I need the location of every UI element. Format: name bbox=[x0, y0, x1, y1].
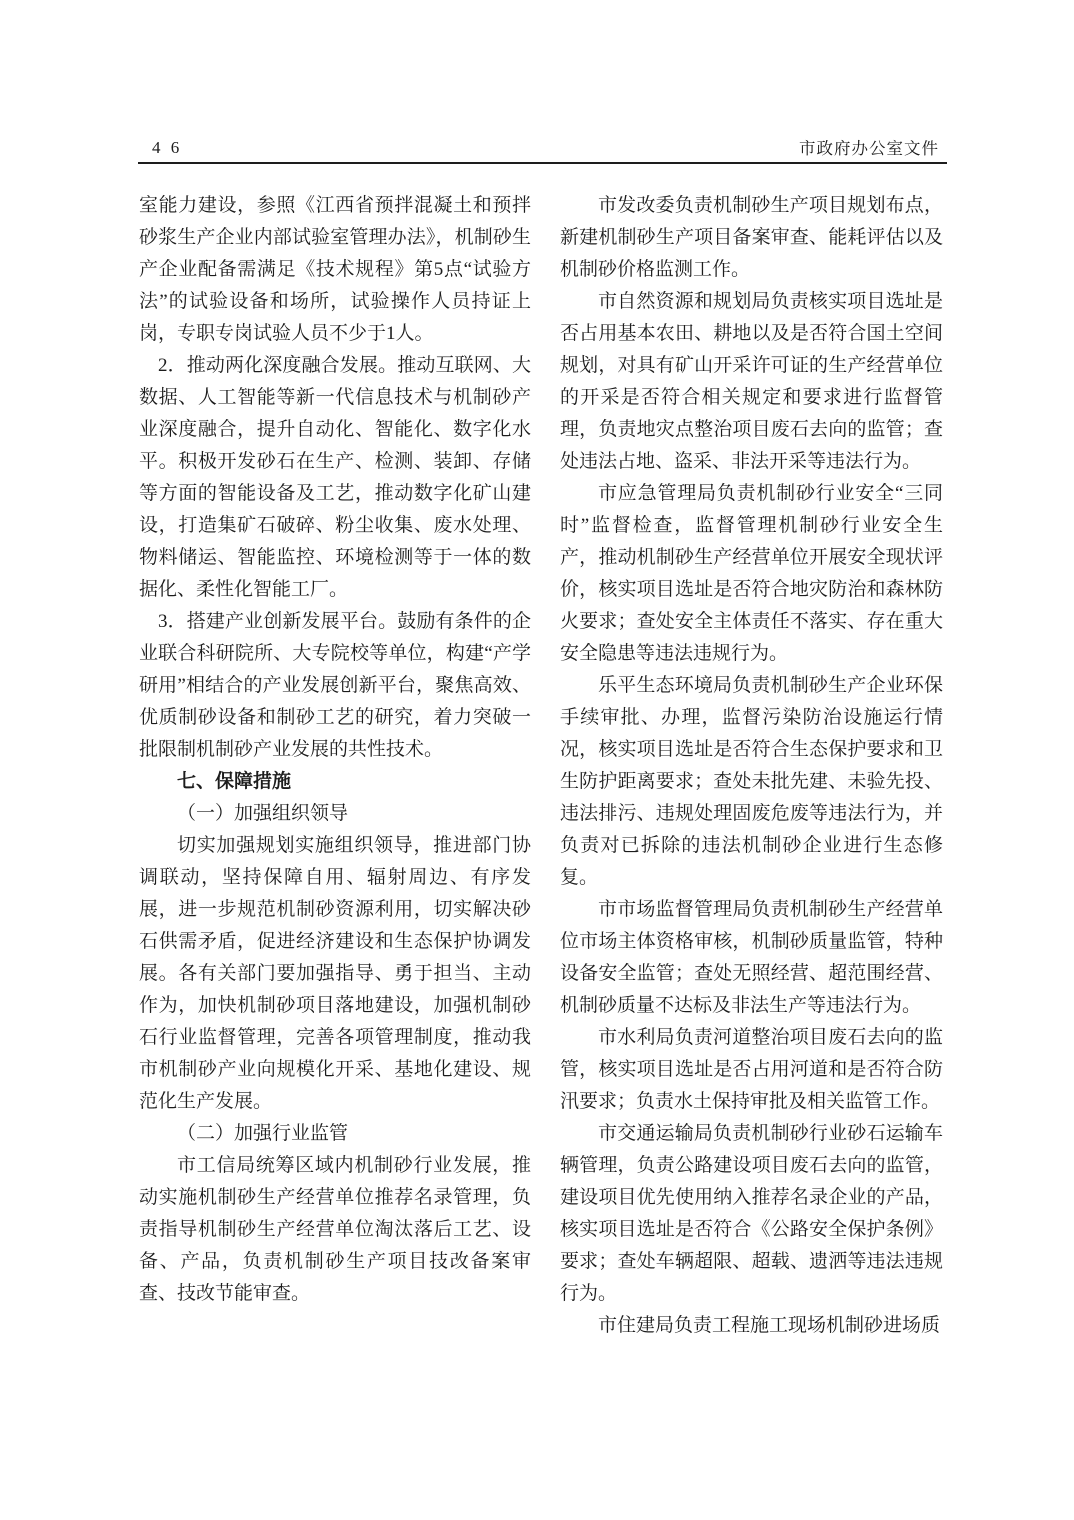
paragraph-organization: 切实加强规划实施组织领导，推进部门协调联动，坚持保障自用、辐射周边、有序发展，进… bbox=[139, 830, 531, 1118]
paragraph-shuiliju: 市水利局负责河道整治项目废石去向的监管，核实项目选址是否占用河道和是否符合防汛要… bbox=[560, 1022, 943, 1118]
paragraph-yingjiguanliju: 市应急管理局负责机制砂行业安全“三同时”监督检查，监督管理机制砂行业安全生产，推… bbox=[560, 478, 943, 670]
paragraph-jiaotongyunshuju: 市交通运输局负责机制砂行业砂石运输车辆管理，负责公路建设项目废石去向的监管，建设… bbox=[560, 1118, 943, 1310]
paragraph-ziranziyuanju: 市自然资源和规划局负责核实项目选址是否占用基本农田、耕地以及是否符合国土空间规划… bbox=[560, 286, 943, 478]
section-heading-seven: 七、保障措施 bbox=[139, 766, 531, 798]
paragraph-gongxinju: 市工信局统筹区域内机制砂行业发展，推动实施机制砂生产经营单位推荐名录管理，负责指… bbox=[139, 1150, 531, 1310]
paragraph-continued: 室能力建设，参照《江西省预拌混凝土和预拌砂浆生产企业内部试验室管理办法》，机制砂… bbox=[139, 190, 531, 350]
right-column: 市发改委负责机制砂生产项目规划布点，新建机制砂生产项目备案审查、能耗评估以及机制… bbox=[560, 190, 943, 1342]
paragraph-numbered-2: 2．推动两化深度融合发展。推动互联网、大数据、人工智能等新一代信息技术与机制砂产… bbox=[139, 350, 531, 606]
paragraph-shengtaihuanjingju: 乐平生态环境局负责机制砂生产企业环保手续审批、办理，监督污染防治设施运行情况，核… bbox=[560, 670, 943, 894]
sub-heading-two: （二）加强行业监管 bbox=[139, 1118, 531, 1150]
page-number: 4 6 bbox=[152, 138, 182, 158]
left-column: 室能力建设，参照《江西省预拌混凝土和预拌砂浆生产企业内部试验室管理办法》，机制砂… bbox=[139, 190, 531, 1310]
header-rule bbox=[138, 162, 947, 164]
paragraph-shichangjianduju: 市市场监督管理局负责机制砂生产经营单位市场主体资格审核，机制砂质量监管，特种设备… bbox=[560, 894, 943, 1022]
document-page: { "header": { "page_number": "4 6", "doc… bbox=[0, 0, 1074, 1520]
paragraph-zhujianju: 市住建局负责工程施工现场机制砂进场质 bbox=[560, 1310, 943, 1342]
sub-heading-one: （一）加强组织领导 bbox=[139, 798, 531, 830]
paragraph-numbered-3: 3．搭建产业创新发展平台。鼓励有条件的企业联合科研院所、大专院校等单位，构建“产… bbox=[139, 606, 531, 766]
paragraph-fagaiwei: 市发改委负责机制砂生产项目规划布点，新建机制砂生产项目备案审查、能耗评估以及机制… bbox=[560, 190, 943, 286]
header-doc-label: 市政府办公室文件 bbox=[799, 135, 939, 159]
